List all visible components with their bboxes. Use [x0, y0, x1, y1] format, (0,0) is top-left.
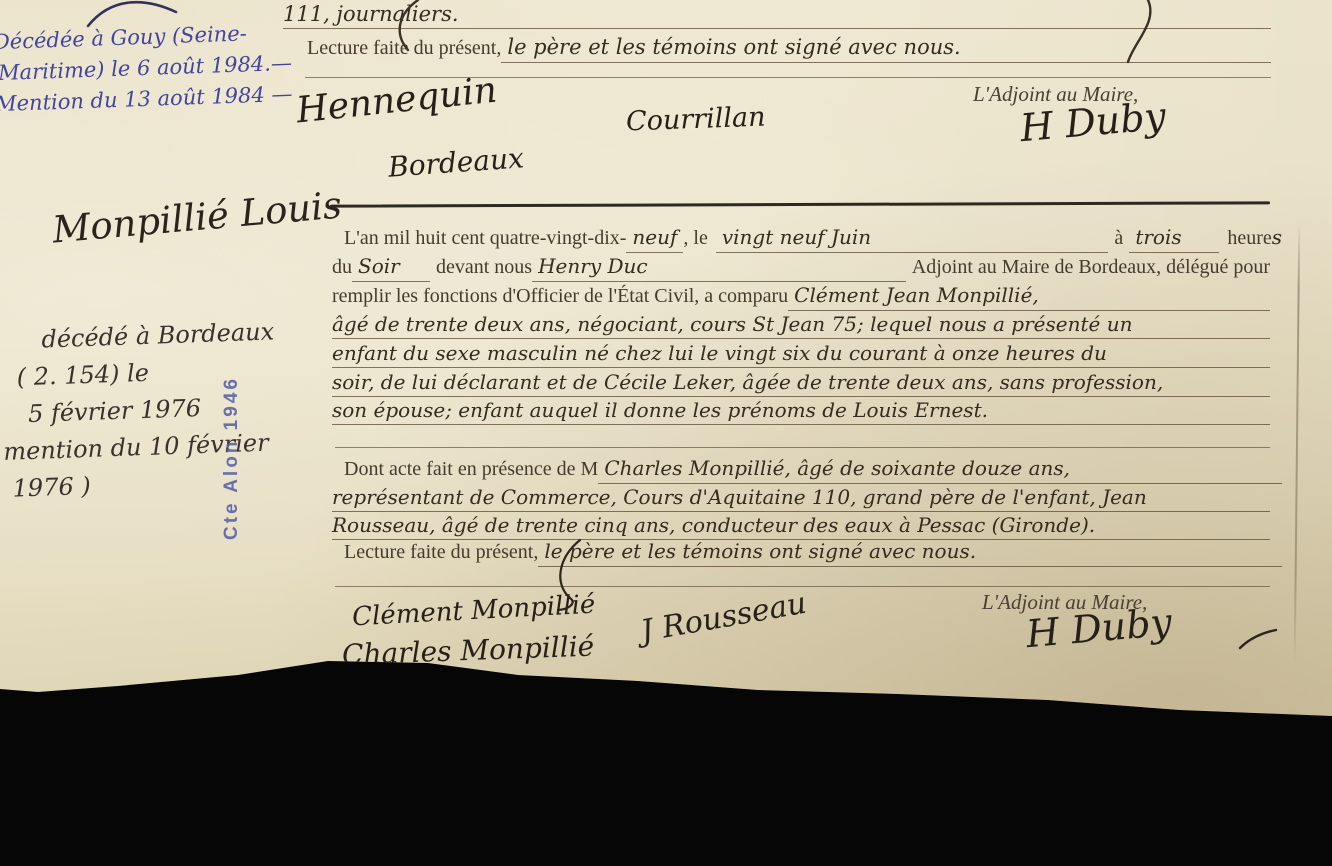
act-line3-printed1: remplir les fonctions d'Officier de l'Ét… — [332, 283, 788, 310]
ink-flourish — [540, 540, 590, 612]
act-line1-fill-hour: trois — [1129, 224, 1219, 253]
ink-flourish — [386, 0, 430, 52]
act-line1-printed3: à — [1114, 225, 1123, 252]
act-line9-text: représentant de Commerce, Cours d'Aquita… — [332, 484, 1147, 511]
act-line2-printed2: devant nous — [436, 254, 532, 281]
page-edge-crease — [1294, 222, 1301, 664]
signature-courrillan: Courrillan — [626, 102, 767, 138]
act-separator-line — [330, 201, 1270, 207]
register-page: Décédée à Gouy (Seine- Maritime) le 6 ao… — [0, 0, 1332, 720]
act-line8-fill-witness1: Charles Monpillié, âgé de soixante douze… — [598, 455, 1282, 484]
ruled-line — [335, 447, 1270, 448]
signature-hennequin: Hennequin — [294, 70, 498, 132]
signature-j-rousseau: J Rousseau — [638, 586, 809, 650]
margin-death-note-1984: Décédée à Gouy (Seine- Maritime) le 6 ao… — [0, 17, 293, 120]
act-line-9: représentant de Commerce, Cours d'Aquita… — [332, 484, 1270, 512]
act-line-8: Dont acte fait en présence de M Charles … — [332, 455, 1282, 484]
act-line2-printed3: Adjoint au Maire de Bordeaux, délégué po… — [912, 254, 1270, 281]
act-line2-fill-officer: Henry Duc — [532, 253, 906, 282]
act-line-4: âgé de trente deux ans, négociant, cours… — [332, 311, 1270, 339]
ink-flourish — [84, 0, 180, 30]
act-line1-fill-year: neuf — [626, 224, 683, 253]
signature-charles-monpillie: Charles Monpillié — [342, 630, 595, 672]
archive-stamp: Cte Alon 1946 — [221, 316, 243, 540]
act-line2-printed1: du — [332, 254, 352, 281]
act-line3-fill-declarant: Clément Jean Monpillié, — [788, 282, 1270, 311]
act-line-6: soir, de lui déclarant et de Cécile Leke… — [332, 369, 1270, 397]
act-line1-printed4: heure — [1227, 225, 1271, 252]
signature-bordeaux: Bordeaux — [387, 141, 525, 183]
act-line-10: Rousseau, âgé de trente cinq ans, conduc… — [332, 512, 1270, 540]
act-line-5: enfant du sexe masculin né chez lui le v… — [332, 340, 1270, 368]
ink-flourish — [1118, 0, 1162, 64]
trailing-line-text: 111, journaliers. — [283, 1, 459, 28]
act-line1-fill-plural-s: s — [1272, 224, 1282, 251]
act-line6-text: soir, de lui déclarant et de Cécile Leke… — [332, 369, 1163, 396]
act-line-2: du Soir devant nous Henry Duc Adjoint au… — [332, 253, 1270, 282]
act-line11-printed1: Lecture faite du présent, — [344, 539, 538, 566]
act-line1-printed1: L'an mil huit cent quatre-vingt-dix- — [344, 225, 626, 252]
act-line1-printed2: , le — [683, 225, 707, 252]
act-line2-fill-meridiem: Soir — [352, 253, 430, 282]
act-line-7: son épouse; enfant auquel il donne les p… — [332, 397, 1270, 425]
act-line-1: L'an mil huit cent quatre-vingt-dix- neu… — [332, 224, 1282, 253]
act-line8-printed1: Dont acte fait en présence de M — [344, 456, 598, 483]
ink-flourish — [1238, 628, 1278, 654]
act-line5-text: enfant du sexe masculin né chez lui le v… — [332, 340, 1107, 367]
act-line1-fill-date: vingt neuf Juin — [716, 224, 1109, 253]
act-line11-fill-closing: le père et les témoins ont signé avec no… — [538, 538, 1282, 567]
act-line10-text: Rousseau, âgé de trente cinq ans, conduc… — [332, 512, 1095, 539]
margin-act-name: Monpillié Louis — [51, 183, 344, 251]
act-line-11: Lecture faite du présent, le père et les… — [332, 538, 1282, 567]
act-line4-text: âgé de trente deux ans, négociant, cours… — [332, 311, 1132, 338]
act-line7-text: son épouse; enfant auquel il donne les p… — [332, 397, 988, 424]
act-line-3: remplir les fonctions d'Officier de l'Ét… — [332, 282, 1270, 311]
